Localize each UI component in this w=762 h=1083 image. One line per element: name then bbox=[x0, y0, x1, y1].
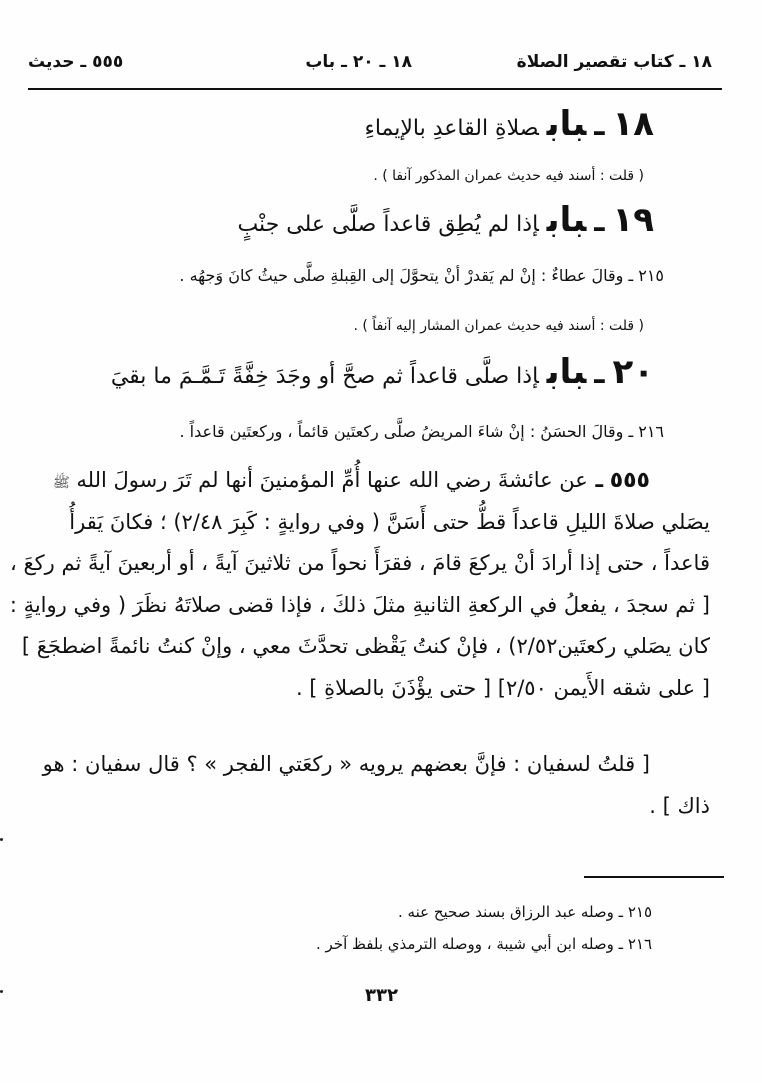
running-head: ١٨ ـ كتاب تقصير الصلاة ١٨ ـ ٢٠ ـ باب ٥٥٥… bbox=[28, 52, 712, 82]
hadith-line: يصَلي صلاةَ الليلِ قاعداً قطُّ حتى أَسَن… bbox=[30, 502, 710, 544]
chapter-heading-19: ١٩ـبابإذا لم يُطِق قاعداً صلَّى على جنْب… bbox=[237, 200, 654, 240]
athar-216: ٢١٦ ـ وقالَ الحسَنُ : إنْ شاءَ المريضُ ص… bbox=[180, 422, 665, 441]
hadith-line: ٥٥٥ ـ عن عائشةَ رضي الله عنها أُمِّ المؤ… bbox=[30, 460, 710, 502]
chapter-number: ١٩ bbox=[612, 200, 654, 240]
chapter-title: صلاةِ القاعدِ بالإيماءِ bbox=[364, 116, 538, 141]
chapter-word: باب bbox=[547, 200, 586, 240]
chapter-note-18: ( قلت : أسند فيه حديث عمران المذكور آنفا… bbox=[373, 168, 644, 184]
chapter-number: ٢٠ bbox=[612, 352, 654, 392]
hadith-555: ٥٥٥ ـ عن عائشةَ رضي الله عنها أُمِّ المؤ… bbox=[30, 460, 710, 709]
running-head-hadith: ٥٥٥ ـ حديث bbox=[28, 52, 123, 72]
footnote-rule bbox=[584, 876, 724, 878]
running-head-book: ١٨ ـ كتاب تقصير الصلاة bbox=[517, 52, 712, 72]
honorific-glyph: ﷺ bbox=[53, 475, 70, 491]
header-rule bbox=[28, 88, 722, 90]
chapter-number: ١٨ bbox=[612, 104, 654, 144]
hadith-number: ٥٥٥ bbox=[610, 468, 650, 493]
hadith-addendum: [ قلتُ لسفيان : فإنَّ بعضهم يرويه « ركعَ… bbox=[30, 744, 710, 827]
page-number: ٣٣٢ bbox=[365, 985, 398, 1006]
athar-215: ٢١٥ ـ وقالَ عطاءٌ : إنْ لم يَقدرْ أنْ يت… bbox=[179, 266, 664, 285]
hadith-line: [ ثم سجدَ ، يفعلُ في الركعةِ الثانيةِ مث… bbox=[30, 585, 710, 627]
chapter-word: باب bbox=[547, 104, 586, 144]
hadith-line: [ على شقه الأَيمن ٢/٥٠] [ حتى يؤْذَنَ با… bbox=[30, 668, 710, 710]
book-page: ١٨ ـ كتاب تقصير الصلاة ١٨ ـ ٢٠ ـ باب ٥٥٥… bbox=[0, 0, 762, 1083]
chapter-heading-20: ٢٠ـبابإذا صلَّى قاعداً ثم صحَّ أو وجَدَ … bbox=[111, 352, 654, 392]
hadith-line: ذاك ] . bbox=[30, 786, 710, 828]
scan-speck bbox=[0, 990, 3, 993]
running-head-chapters: ١٨ ـ ٢٠ ـ باب bbox=[305, 52, 412, 72]
chapter-word: باب bbox=[547, 352, 586, 392]
chapter-title: إذا لم يُطِق قاعداً صلَّى على جنْبٍ bbox=[237, 212, 538, 237]
hadith-line: [ قلتُ لسفيان : فإنَّ بعضهم يرويه « ركعَ… bbox=[30, 744, 710, 786]
hadith-line: قاعداً ، حتى إذا أرادَ أنْ يركعَ قامَ ، … bbox=[30, 543, 710, 585]
hadith-line: كان يصَلي ركعتَين٢/٥٢) ، فإنْ كنتُ يَقْظ… bbox=[30, 626, 710, 668]
chapter-title: إذا صلَّى قاعداً ثم صحَّ أو وجَدَ خِفَّة… bbox=[111, 364, 539, 389]
chapter-note-19: ( قلت : أسند فيه حديث عمران المشار إليه … bbox=[353, 318, 644, 334]
footnote-216: ٢١٦ ـ وصله ابن أبي شيبة ، ووصله الترمذي … bbox=[316, 935, 652, 953]
scan-speck bbox=[0, 838, 3, 841]
chapter-heading-18: ١٨ـبابصلاةِ القاعدِ بالإيماءِ bbox=[364, 104, 654, 144]
footnote-215: ٢١٥ ـ وصله عبد الرزاق بسند صحيح عنه . bbox=[398, 903, 652, 921]
